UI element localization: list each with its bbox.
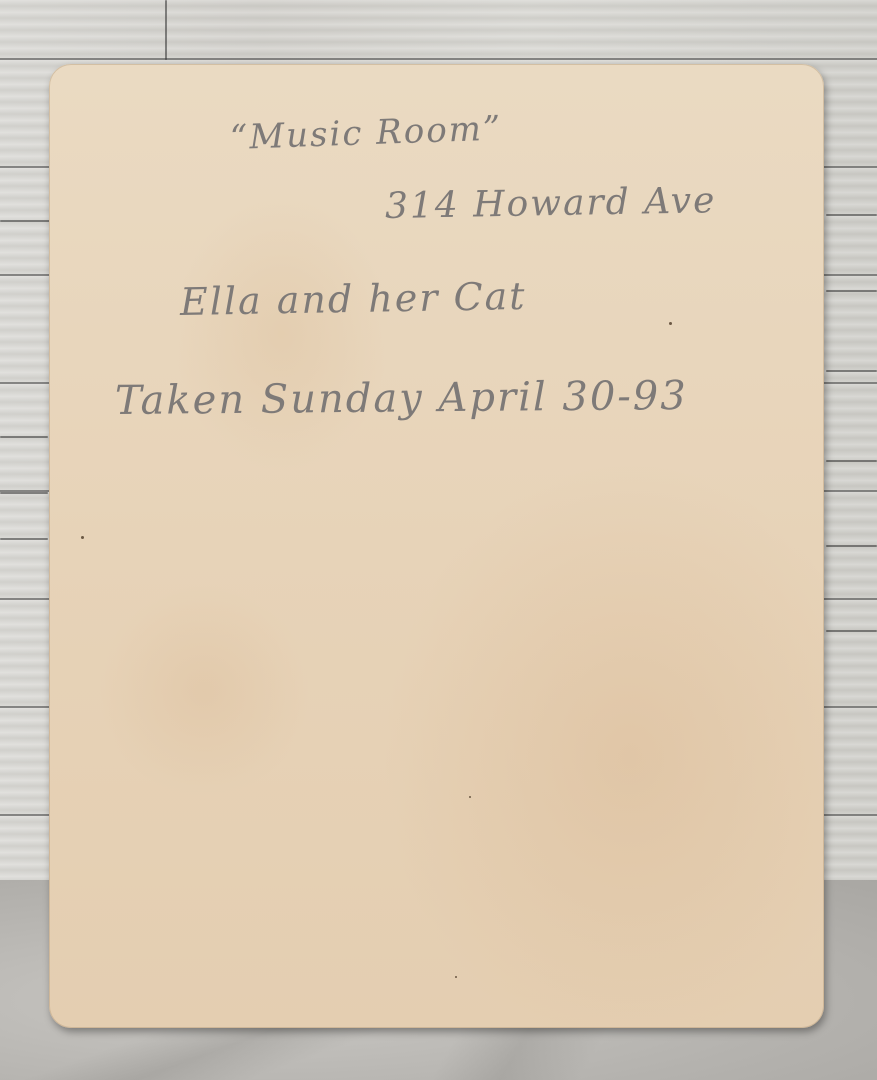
inscription-address: 314 Howard Ave [385,180,717,227]
card-speck [455,976,457,978]
wood-crack [826,370,877,372]
wood-crack [826,630,877,632]
wood-crack [826,290,877,292]
card-speck [81,536,84,539]
wood-crack [0,538,48,540]
wood-crack [826,460,877,462]
wood-crack [165,0,167,60]
wood-crack [826,214,877,216]
wood-crack [826,545,877,547]
inscription-date: Taken Sunday April 30-93 [115,373,688,424]
wood-crack [0,492,48,494]
inscription-subject: Ella and her Cat [180,274,527,324]
card-speck [469,796,471,798]
card-speck [669,322,672,325]
wood-crack [0,436,48,438]
